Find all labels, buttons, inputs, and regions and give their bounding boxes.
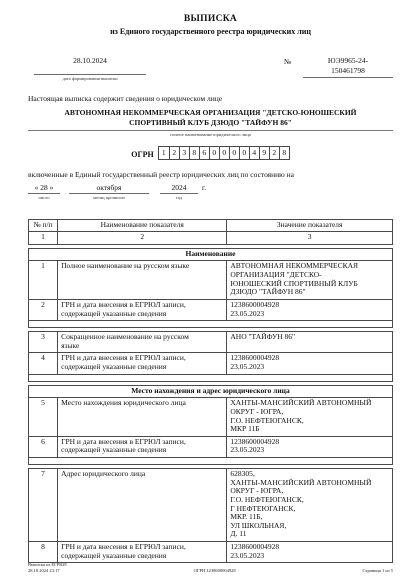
row-indicator-value: ХАНТЫ-МАНСИЙСКИЙ АВТОНОМНЫЙ ОКРУГ - ЮГРА…	[227, 398, 393, 437]
as-of-day-field: « 28 » число	[28, 183, 60, 200]
row-indicator-value: 1238600004928 23.05.2023	[227, 353, 393, 374]
document-number: ЮЭ9965-24- 150461798	[303, 56, 393, 78]
as-of-year: 2024	[160, 183, 198, 194]
ogrn-digit-8: 0	[229, 147, 239, 159]
row-num: 1	[29, 261, 58, 300]
table-row: 2 ГРН и дата внесения в ЕГРЮЛ записи, со…	[29, 299, 393, 320]
footer-document-info: Выписка из ЕГРЮЛ 28.10.2024 23:17	[28, 562, 67, 576]
issue-date: 28.10.2024	[34, 56, 146, 75]
section-header-address: Место нахождения и адрес юридического ли…	[29, 385, 393, 398]
row-indicator-value: АВТОНОМНАЯ НЕКОММЕРЧЕСКАЯ ОРГАНИЗАЦИЯ "Д…	[227, 261, 393, 300]
as-of-date-fields: « 28 » число октября месяц прописью 2024…	[28, 183, 393, 200]
col-header-value: Значение показателя	[227, 219, 393, 232]
row-num: 8	[29, 542, 58, 563]
ogrn-digit-13: 8	[279, 147, 289, 159]
issue-date-caption: дата формирования выписки	[34, 75, 146, 81]
row-indicator-value: 1238600004928 23.05.2023	[227, 436, 393, 457]
as-of-day: « 28 »	[28, 183, 60, 194]
document-page: ВЫПИСКА из Единого государственного реес…	[0, 0, 410, 587]
ogrn-digit-5: 6	[199, 147, 209, 159]
as-of-month-field: октября месяц прописью	[69, 183, 149, 200]
document-title: ВЫПИСКА	[28, 14, 393, 24]
document-meta-row: 28.10.2024 дата формирования выписки № Ю…	[28, 56, 393, 81]
intro-statement: Настоящая выписка содержит сведения о юр…	[28, 94, 393, 103]
table-spacer	[29, 321, 393, 328]
row-num: 3	[29, 332, 58, 353]
spacer-cell	[29, 458, 393, 465]
as-of-month-caption: месяц прописью	[69, 194, 149, 200]
col-number-2: 2	[58, 232, 227, 245]
col-number-1: 1	[29, 232, 58, 245]
issue-date-block: 28.10.2024 дата формирования выписки	[34, 56, 146, 81]
spacer-cell	[29, 374, 393, 381]
spacer-cell	[29, 321, 393, 328]
table-row: 4 ГРН и дата внесения в ЕГРЮЛ записи, со…	[29, 353, 393, 374]
ogrn-digit-11: 9	[259, 147, 269, 159]
included-statement: включенные в Единый государственный реес…	[28, 170, 393, 179]
organization-name-line1: АВТОНОМНАЯ НЕКОММЕРЧЕСКАЯ ОРГАНИЗАЦИЯ "Д…	[28, 108, 393, 118]
row-indicator-value: 628305, ХАНТЫ-МАНСИЙСКИЙ АВТОНОМНЫЙ ОКРУ…	[227, 469, 393, 542]
row-indicator-name: ГРН и дата внесения в ЕГРЮЛ записи, соде…	[58, 353, 227, 374]
row-indicator-name: Сокращенное наименование на русском язык…	[58, 332, 227, 353]
row-indicator-name: Адрес юридического лица	[58, 469, 227, 542]
row-num: 6	[29, 436, 58, 457]
ogrn-digit-9: 0	[239, 147, 249, 159]
row-num: 7	[29, 469, 58, 542]
ogrn-digit-2: 2	[169, 147, 179, 159]
document-number-label: №	[284, 57, 291, 66]
ogrn-digit-12: 2	[269, 147, 279, 159]
table-row: 6 ГРН и дата внесения в ЕГРЮЛ записи, со…	[29, 436, 393, 457]
document-number-line1: ЮЭ9965-24-	[303, 56, 393, 66]
table-spacer	[29, 374, 393, 381]
footer-ogrn: ОГРН 1238600004928	[194, 568, 236, 575]
table-header-row: № п/п Наименование показателя Значение п…	[29, 219, 393, 232]
table-row: 8 ГРН и дата внесения в ЕГРЮЛ записи, со…	[29, 542, 393, 563]
ogrn-digit-6: 0	[209, 147, 219, 159]
row-indicator-name: ГРН и дата внесения в ЕГРЮЛ записи, соде…	[58, 436, 227, 457]
ogrn-digit-3: 3	[179, 147, 189, 159]
as-of-year-field: 2024 год	[160, 183, 198, 200]
row-indicator-name: Полное наименование на русском языке	[58, 261, 227, 300]
registry-table: № п/п Наименование показателя Значение п…	[28, 219, 393, 564]
footer-page-number: Страница 1 из 5	[363, 568, 394, 575]
row-num: 5	[29, 398, 58, 437]
as-of-month: октября	[69, 183, 149, 194]
table-row: 3 Сокращенное наименование на русском яз…	[29, 332, 393, 353]
as-of-year-caption: год	[160, 194, 198, 200]
page-footer: Выписка из ЕГРЮЛ 28.10.2024 23:17 ОГРН 1…	[28, 562, 393, 576]
col-header-name: Наименование показателя	[58, 219, 227, 232]
row-num: 2	[29, 299, 58, 320]
ogrn-digit-1: 1	[159, 147, 169, 159]
footer-doc-datetime: 28.10.2024 23:17	[28, 568, 67, 575]
ogrn-digit-10: 4	[249, 147, 259, 159]
col-number-3: 3	[227, 232, 393, 245]
document-subtitle: из Единого государственного реестра юрид…	[28, 27, 393, 36]
table-column-numbers-row: 1 2 3	[29, 232, 393, 245]
as-of-year-suffix: г.	[202, 183, 206, 192]
table-row: 7 Адрес юридического лица 628305, ХАНТЫ-…	[29, 469, 393, 542]
table-row: 5 Место нахождения юридического лица ХАН…	[29, 398, 393, 437]
organization-name: АВТОНОМНАЯ НЕКОММЕРЧЕСКАЯ ОРГАНИЗАЦИЯ "Д…	[28, 108, 393, 131]
ogrn-digit-boxes: 1238600004928	[158, 146, 290, 160]
row-indicator-name: ГРН и дата внесения в ЕГРЮЛ записи, соде…	[58, 299, 227, 320]
section-header-row: Место нахождения и адрес юридического ли…	[29, 385, 393, 398]
row-indicator-value: 1238600004928 23.05.2023	[227, 542, 393, 563]
row-indicator-name: ГРН и дата внесения в ЕГРЮЛ записи, соде…	[58, 542, 227, 563]
ogrn-row: ОГРН1238600004928	[28, 144, 393, 162]
ogrn-digit-7: 0	[219, 147, 229, 159]
section-header-name: Наименование	[29, 248, 393, 261]
ogrn-label: ОГРН	[131, 150, 153, 159]
document-number-line2: 150461798	[303, 66, 393, 76]
row-indicator-value: 1238600004928 23.05.2023	[227, 299, 393, 320]
row-indicator-name: Место нахождения юридического лица	[58, 398, 227, 437]
footer-doc-type: Выписка из ЕГРЮЛ	[28, 562, 67, 569]
section-header-row: Наименование	[29, 248, 393, 261]
col-header-num: № п/п	[29, 219, 58, 232]
organization-name-caption: полное наименование юридического лица	[28, 131, 393, 137]
row-indicator-value: АНО "ТАЙФУН 86"	[227, 332, 393, 353]
row-num: 4	[29, 353, 58, 374]
organization-name-line2: СПОРТИВНЫЙ КЛУБ ДЗЮДО "ТАЙФУН 86"	[28, 118, 393, 128]
table-row: 1 Полное наименование на русском языке А…	[29, 261, 393, 300]
as-of-day-caption: число	[28, 194, 60, 200]
document-number-group: № ЮЭ9965-24- 150461798	[284, 56, 393, 78]
table-spacer	[29, 458, 393, 465]
ogrn-digit-4: 8	[189, 147, 199, 159]
